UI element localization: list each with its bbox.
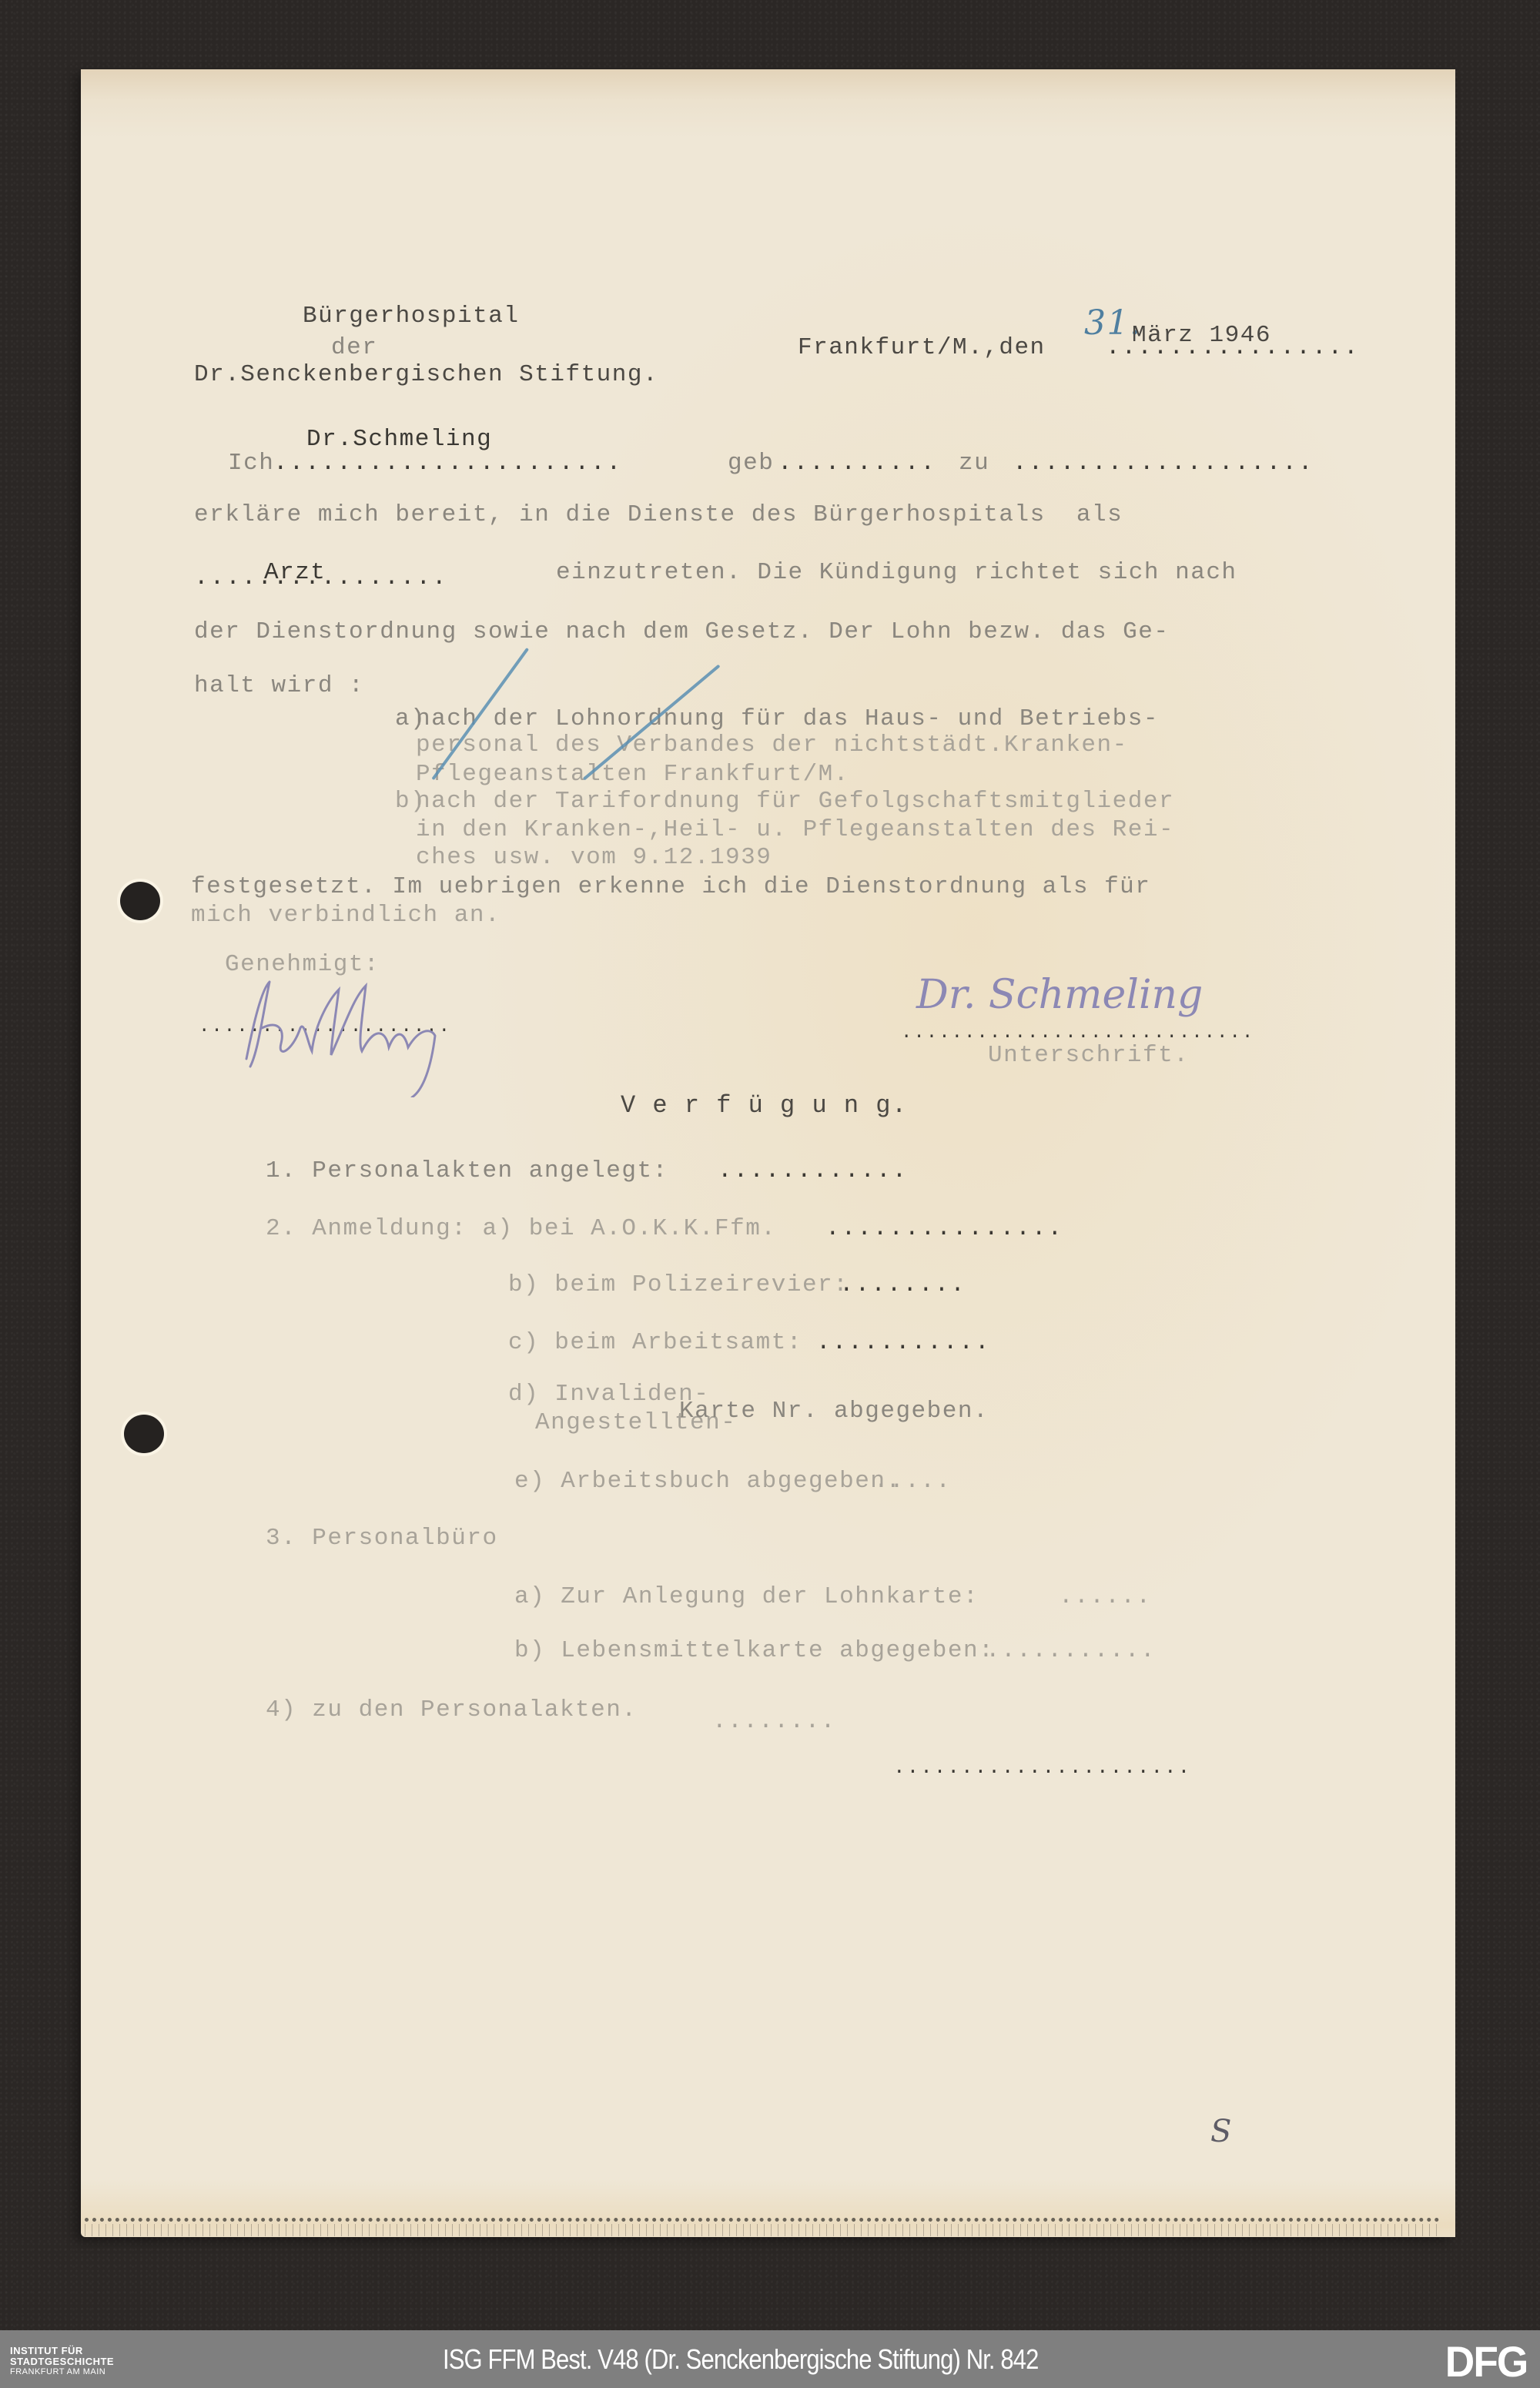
order-item-3: 3. Personalbüro	[266, 1526, 498, 1550]
name-dots: ......................	[273, 451, 622, 475]
declaration-line7: mich verbindlich an.	[191, 903, 500, 927]
institute-logo: INSTITUT FÜR STADTGESCHICHTE FRANKFURT A…	[10, 2346, 114, 2377]
punch-hole-icon	[120, 882, 160, 920]
declaration-line3: einzutreten. Die Kündigung richtet sich …	[556, 561, 1237, 584]
order-item-4: 4) zu den Personalakten.	[266, 1698, 637, 1722]
order-item-2c-dots: ...........	[816, 1331, 991, 1355]
order-item-2c: c) beim Arbeitsamt:	[508, 1331, 802, 1355]
page-mark: S	[1210, 2116, 1233, 2147]
birthdate-dots: ..........	[778, 451, 936, 475]
signature-approver	[216, 974, 493, 1097]
order-item-4-dots: ........	[712, 1710, 836, 1733]
order-item-2a: 2. Anmeldung: a) bei A.O.K.K.Ffm.	[266, 1217, 776, 1241]
order-item-2e: e) Arbeitsbuch abgegeben.	[514, 1469, 902, 1493]
punch-hole-icon	[124, 1415, 164, 1453]
order-item-3a: a) Zur Anlegung der Lohnkarte:	[514, 1585, 979, 1609]
order-item-1-dots: ............	[718, 1159, 908, 1183]
signature-employee: Dr. Schmeling	[916, 972, 1203, 1018]
institute-line1: INSTITUT FÜR	[10, 2346, 114, 2356]
option-b-line2: in den Kranken-,Heil- u. Pflegeanstalten…	[416, 818, 1174, 842]
declaration-line4: der Dienstordnung sowie nach dem Gesetz.…	[194, 620, 1170, 644]
letterhead-line3: Dr.Senckenbergischen Stiftung.	[194, 363, 658, 387]
bottom-edge-marks	[85, 2224, 1440, 2236]
declaration-line5: halt wird :	[194, 674, 364, 698]
ich-label: Ich	[228, 451, 274, 475]
order-item-3b: b) Lebensmittelkarte abgegeben:	[514, 1639, 994, 1663]
institute-line2: STADTGESCHICHTE	[10, 2356, 114, 2366]
dfg-logo-icon: DFG	[1445, 2340, 1528, 2383]
declaration-line6: festgesetzt. Im uebrigen erkenne ich die…	[191, 875, 1150, 899]
letterhead-line1: Bürgerhospital	[303, 304, 519, 328]
archive-caption: ISG FFM Best. V48 (Dr. Senckenbergische …	[443, 2343, 1039, 2376]
option-a-line1: nach der Lohnordnung für das Haus- und B…	[416, 707, 1159, 731]
declaration-line2: erkläre mich bereit, in die Dienste des …	[194, 503, 1123, 527]
order-item-1: 1. Personalakten angelegt:	[266, 1159, 668, 1183]
place-date-prefix: Frankfurt/M.,den	[798, 336, 1046, 360]
order-item-3a-dots: ......	[1059, 1585, 1152, 1609]
option-b-line1: nach der Tarifordnung für Gefolgschaftsm…	[416, 789, 1174, 813]
employee-name-filled: Dr.Schmeling	[306, 427, 492, 451]
option-a-line2: personal des Verbandes der nichtstädt.Kr…	[416, 733, 1128, 757]
role-dots: ................	[194, 566, 448, 590]
birthplace-dots: ...................	[1013, 451, 1314, 475]
order-item-2e-dots: .....	[874, 1469, 952, 1493]
order-item-3b-dots: ...........	[986, 1639, 1156, 1663]
zu-label: zu	[959, 451, 989, 475]
order-item-2b-dots: ........	[839, 1273, 966, 1297]
option-b-line3: ches usw. vom 9.12.1939	[416, 846, 772, 869]
signature-caption: Unterschrift.	[988, 1043, 1189, 1067]
order-item-2b: b) beim Polizeirevier:	[508, 1273, 849, 1297]
signature-dots: ............................	[901, 1024, 1254, 1043]
document-page	[81, 69, 1455, 2237]
archive-footer: INSTITUT FÜR STADTGESCHICHTE FRANKFURT A…	[0, 2330, 1540, 2388]
geb-label: geb	[728, 451, 774, 475]
final-signature-dots: ......................	[893, 1757, 1191, 1777]
letterhead-line2: der	[331, 336, 377, 360]
institute-line3: FRANKFURT AM MAIN	[10, 2368, 114, 2376]
order-item-2d-suffix: Karte Nr. abgegeben.	[679, 1399, 989, 1423]
order-item-2a-dots: ...............	[825, 1217, 1063, 1241]
order-title: V e r f ü g u n g.	[621, 1094, 908, 1118]
date-dots: ................	[1106, 336, 1360, 360]
approval-label: Genehmigt:	[225, 953, 380, 976]
option-a-line3: Pflegeanstalten Frankfurt/M.	[416, 762, 849, 786]
